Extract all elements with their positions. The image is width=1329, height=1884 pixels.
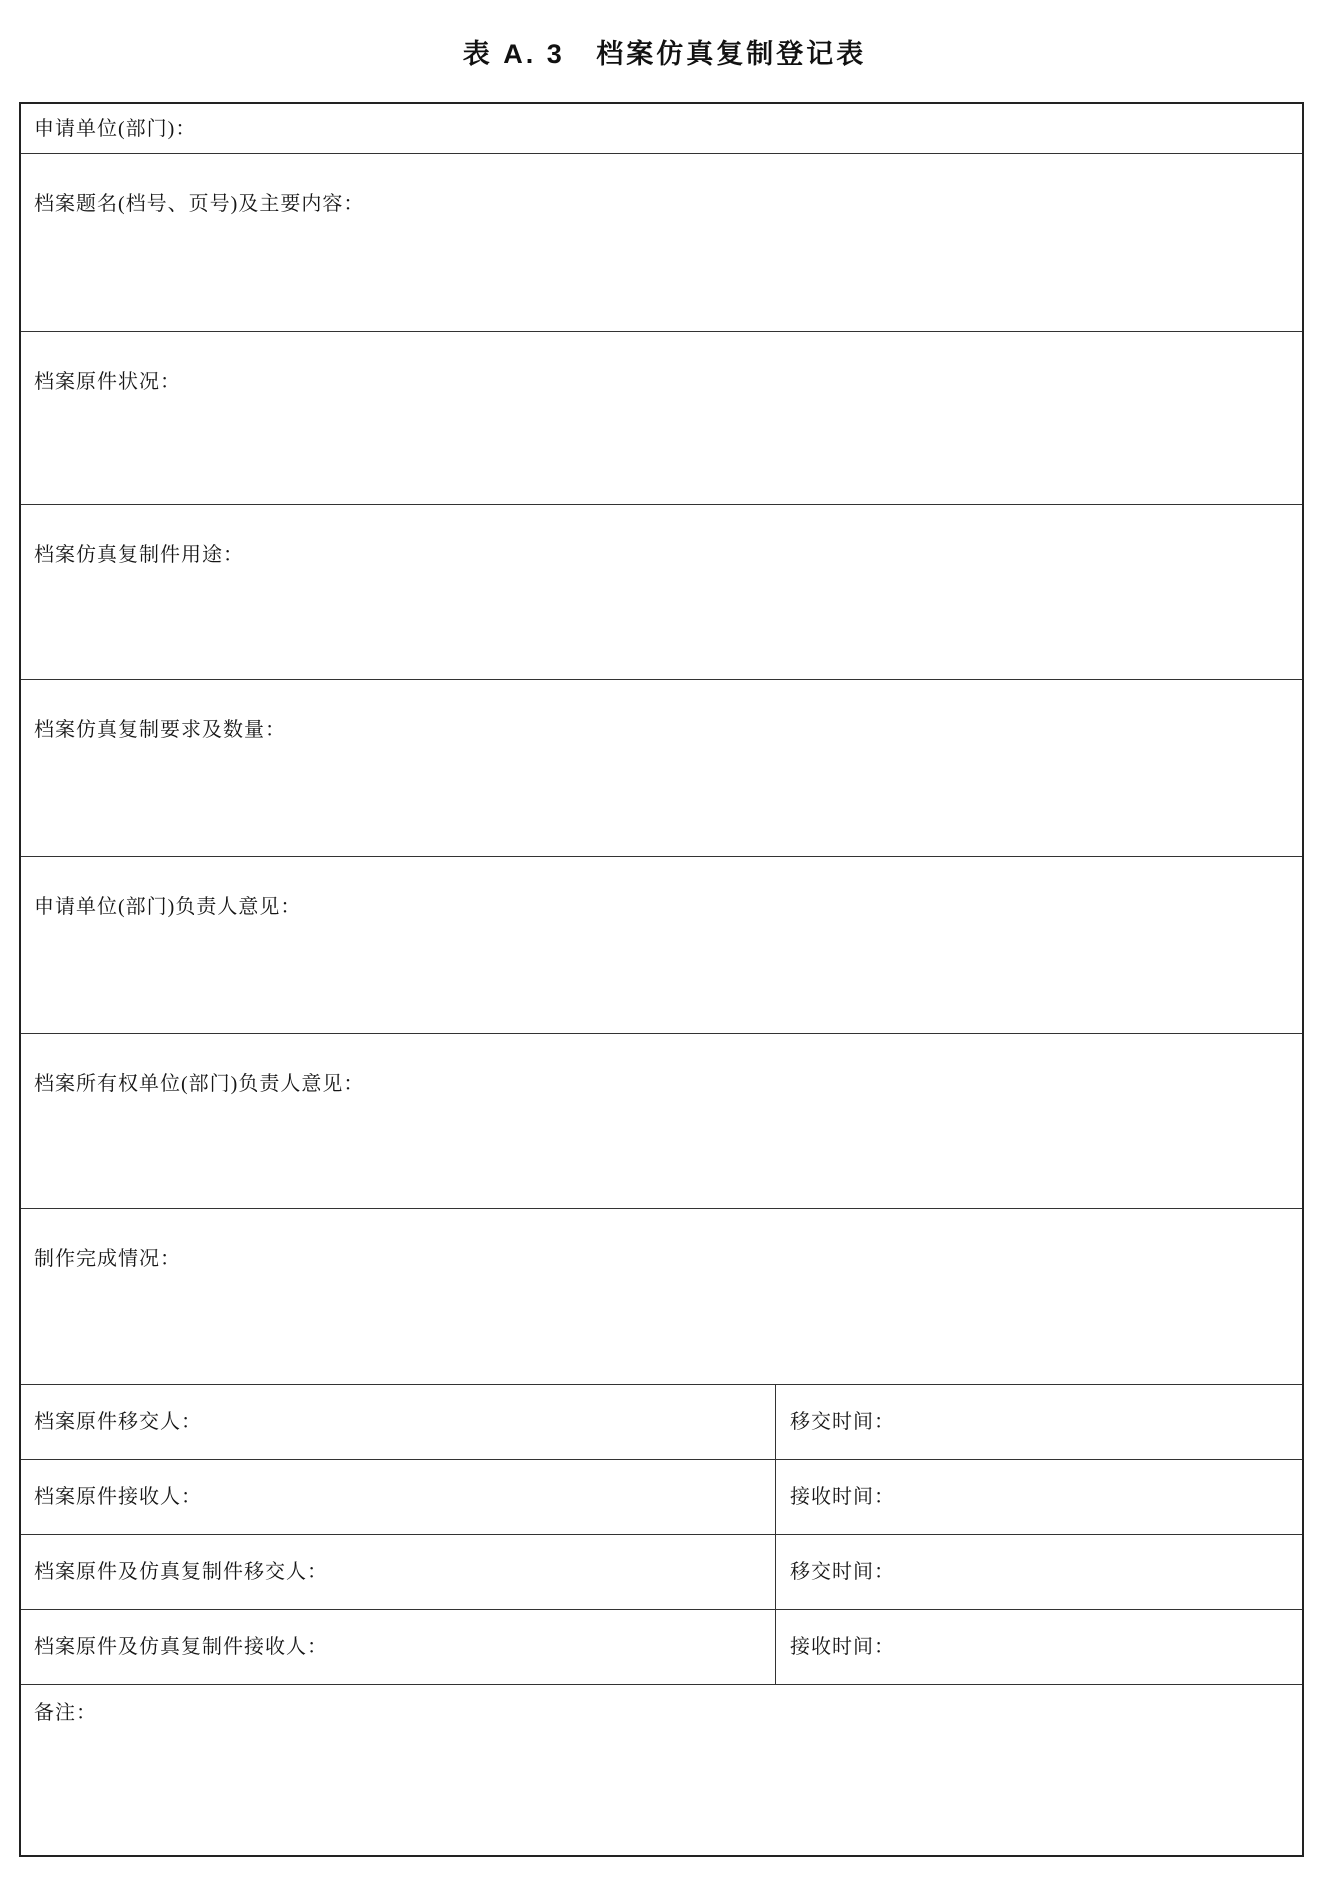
table-row-original-transferor: 档案原件移交人： 移交时间： <box>21 1385 1302 1460</box>
field-label-copy-requirements: 档案仿真复制要求及数量： <box>34 719 286 741</box>
table-row-applicant-leader-opinion: 申请单位(部门)负责人意见： <box>21 857 1302 1034</box>
cell-original-transferor: 档案原件移交人： <box>21 1385 776 1459</box>
table-row-original-and-copy-receiver: 档案原件及仿真复制件接收人： 接收时间： <box>21 1610 1302 1685</box>
field-label-owner-leader-opinion: 档案所有权单位(部门)负责人意见： <box>34 1073 364 1095</box>
table-row-remarks: 备注： <box>21 1685 1302 1855</box>
field-label-original-receiver: 档案原件接收人： <box>34 1484 202 1510</box>
table-row-copy-purpose: 档案仿真复制件用途： <box>21 505 1302 680</box>
table-row-archive-title: 档案题名(档号、页号)及主要内容： <box>21 154 1302 332</box>
page-title: 表 A. 3 档案仿真复制登记表 <box>0 32 1329 71</box>
field-label-archive-title: 档案题名(档号、页号)及主要内容： <box>34 193 364 215</box>
cell-receive-time-1: 接收时间： <box>776 1460 1302 1534</box>
field-label-original-condition: 档案原件状况： <box>34 371 181 393</box>
cell-original-and-copy-receiver: 档案原件及仿真复制件接收人： <box>21 1610 776 1684</box>
field-label-production-completion: 制作完成情况： <box>34 1248 181 1270</box>
table-row-copy-requirements: 档案仿真复制要求及数量： <box>21 680 1302 857</box>
field-label-receive-time-1: 接收时间： <box>790 1484 895 1510</box>
table-row-original-and-copy-transferor: 档案原件及仿真复制件移交人： 移交时间： <box>21 1535 1302 1610</box>
cell-original-and-copy-transferor: 档案原件及仿真复制件移交人： <box>21 1535 776 1609</box>
field-label-transfer-time-1: 移交时间： <box>790 1409 895 1435</box>
cell-receive-time-2: 接收时间： <box>776 1610 1302 1684</box>
field-label-receive-time-2: 接收时间： <box>790 1634 895 1660</box>
registration-table: 申请单位(部门)： 档案题名(档号、页号)及主要内容： 档案原件状况： 档案仿真… <box>19 102 1304 1857</box>
table-row-original-receiver: 档案原件接收人： 接收时间： <box>21 1460 1302 1535</box>
field-label-remarks: 备注： <box>34 1702 97 1724</box>
field-label-copy-purpose: 档案仿真复制件用途： <box>34 544 244 566</box>
field-label-original-and-copy-receiver: 档案原件及仿真复制件接收人： <box>34 1634 328 1660</box>
table-row-applicant-unit: 申请单位(部门)： <box>21 104 1302 154</box>
field-label-transfer-time-2: 移交时间： <box>790 1559 895 1585</box>
cell-original-receiver: 档案原件接收人： <box>21 1460 776 1534</box>
field-label-applicant-leader-opinion: 申请单位(部门)负责人意见： <box>34 896 301 918</box>
field-label-original-and-copy-transferor: 档案原件及仿真复制件移交人： <box>34 1559 328 1585</box>
table-row-owner-leader-opinion: 档案所有权单位(部门)负责人意见： <box>21 1034 1302 1209</box>
cell-transfer-time-2: 移交时间： <box>776 1535 1302 1609</box>
table-row-production-completion: 制作完成情况： <box>21 1209 1302 1385</box>
cell-transfer-time-1: 移交时间： <box>776 1385 1302 1459</box>
field-label-applicant-unit: 申请单位(部门)： <box>34 116 196 142</box>
table-row-original-condition: 档案原件状况： <box>21 332 1302 505</box>
field-label-original-transferor: 档案原件移交人： <box>34 1409 202 1435</box>
